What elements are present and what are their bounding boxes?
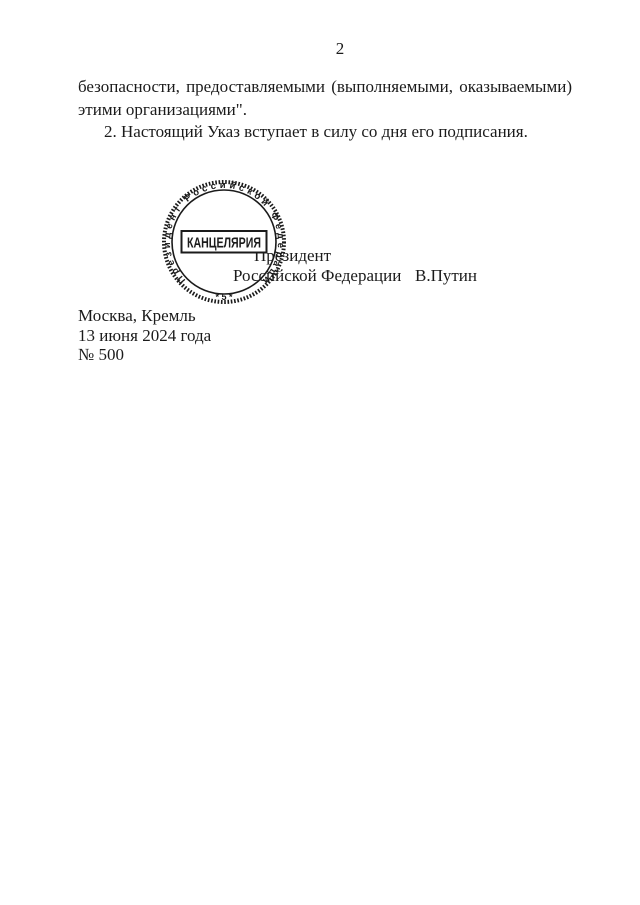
footer-place: Москва, Кремль — [78, 306, 211, 326]
body-line-1: безопасности, предоставляемыми (выполняе… — [78, 76, 572, 99]
footer-date: 13 июня 2024 года — [78, 326, 211, 346]
decree-document-page: 2 безопасности, предоставляемыми (выполн… — [0, 0, 640, 905]
body-line-3: 2. Настоящий Указ вступает в силу со дня… — [78, 121, 572, 144]
footer-block: Москва, Кремль 13 июня 2024 года № 500 — [78, 306, 211, 365]
body-line-2: этими организациями". — [78, 99, 572, 122]
chancellery-stamp-icon: Президент Российской Федерации * 5 * КАН… — [161, 179, 287, 305]
signature-name: В.Путин — [415, 266, 477, 286]
stamp-bottom-number: * 5 * — [215, 292, 233, 302]
body-paragraph: безопасности, предоставляемыми (выполняе… — [78, 76, 572, 144]
stamp-center-text: КАНЦЕЛЯРИЯ — [187, 235, 261, 252]
page-number: 2 — [300, 39, 380, 59]
footer-decree-number: № 500 — [78, 345, 211, 365]
